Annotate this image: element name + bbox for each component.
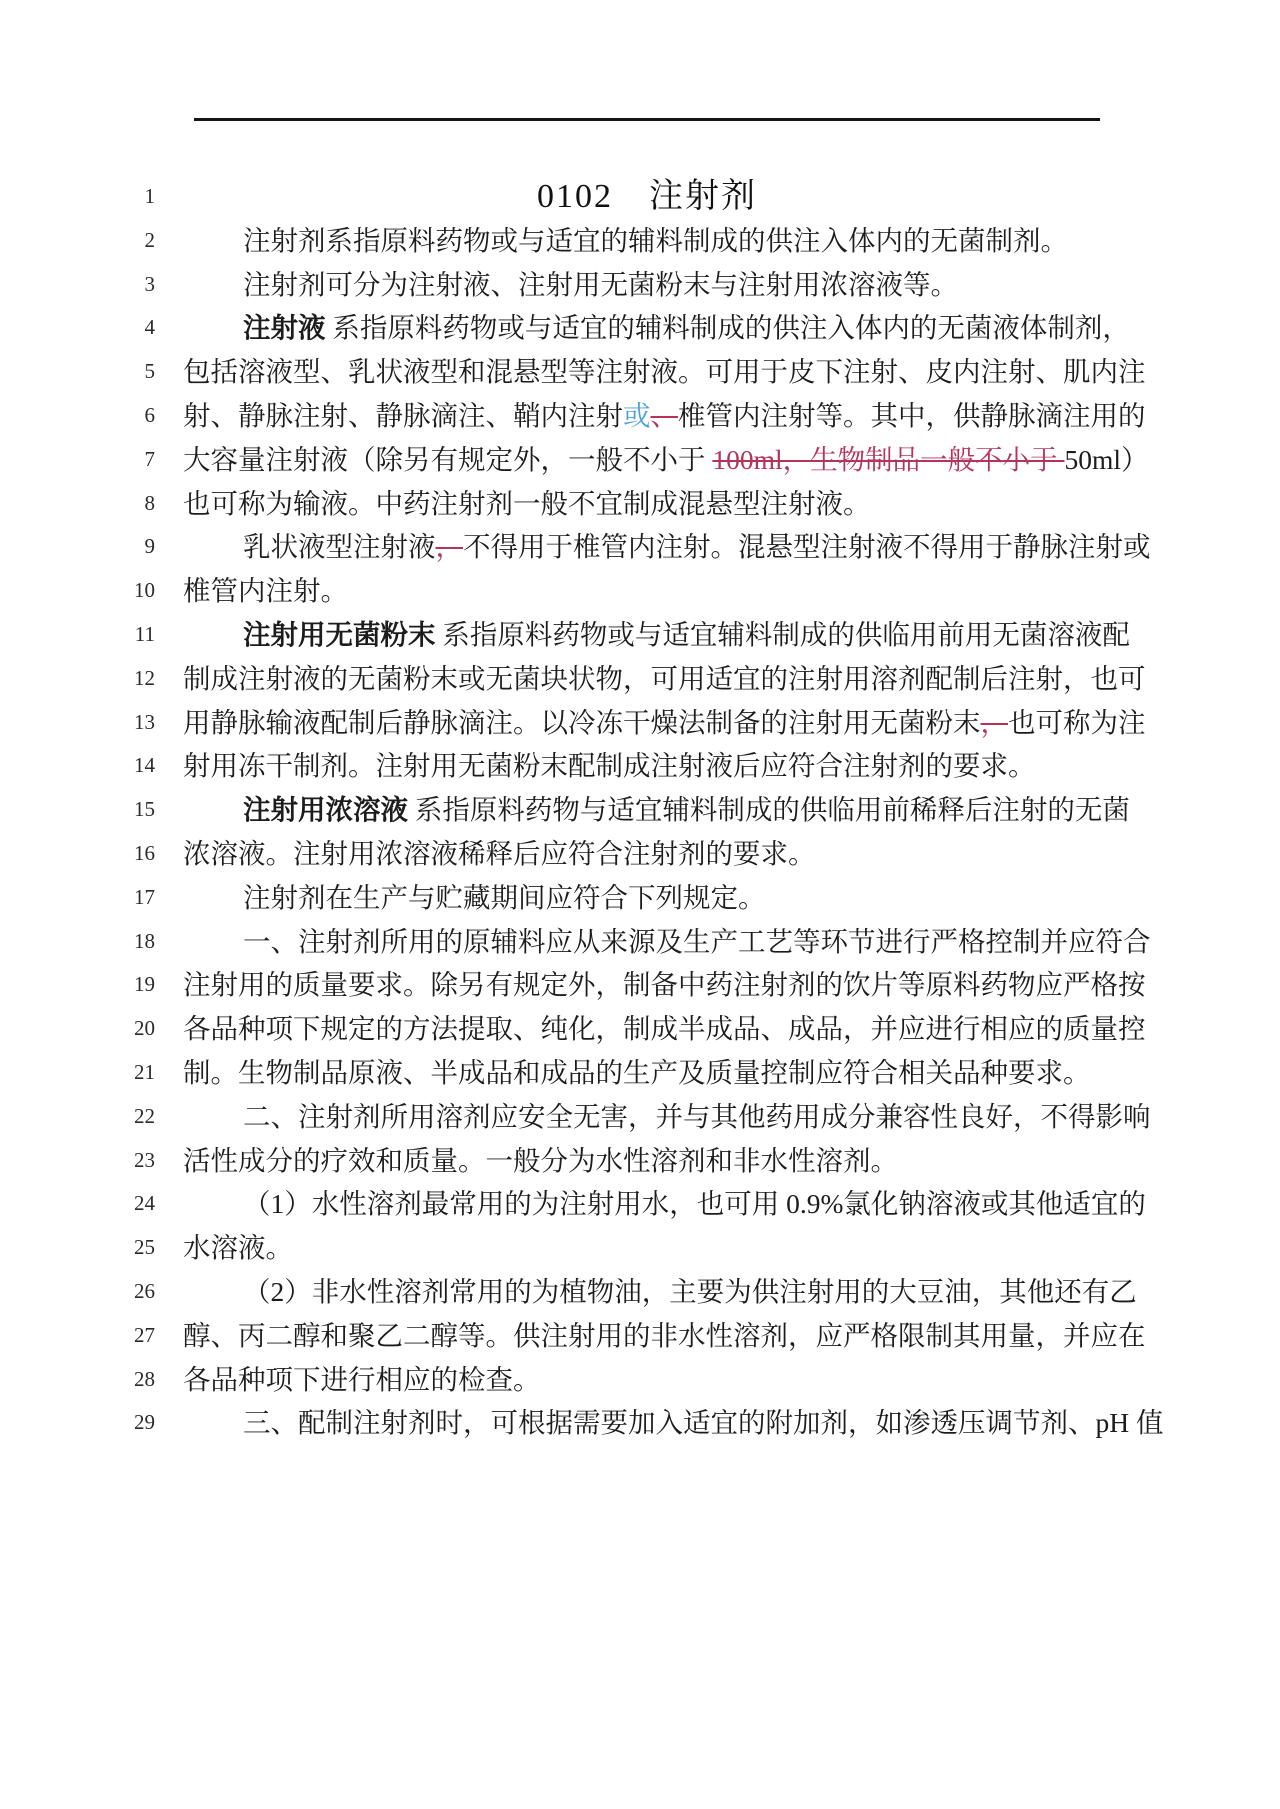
document-page: 10102 注射剂2注射剂系指原料药物或与适宜的辅料制成的供注入体内的无菌制剂。… <box>0 0 1280 1809</box>
line-number: 10 <box>0 569 155 613</box>
line-text: 注射用的质量要求。除另有规定外，制备中药注射剂的饮片等原料药物应严格按 <box>183 963 1111 1007</box>
line-number: 23 <box>0 1139 155 1183</box>
document-line: 5包括溶液型、乳状液型和混悬型等注射液。可用于皮下注射、皮内注射、肌内注 <box>0 350 1280 394</box>
line-number: 9 <box>0 525 155 569</box>
document-line: 2注射剂系指原料药物或与适宜的辅料制成的供注入体内的无菌制剂。 <box>0 219 1280 263</box>
text-run: 大容量注射液（除另有规定外，一般不小于 <box>183 444 712 475</box>
line-text: 制。生物制品原液、半成品和成品的生产及质量控制应符合相关品种要求。 <box>183 1051 1111 1095</box>
text-run: 射、静脉注射、静脉滴注、鞘内注射 <box>183 400 623 431</box>
deleted-text: ， <box>436 531 464 562</box>
line-number: 7 <box>0 438 155 482</box>
line-text: 注射剂在生产与贮藏期间应符合下列规定。 <box>183 876 1111 920</box>
document-line: 20各品种项下规定的方法提取、纯化，制成半成品、成品，并应进行相应的质量控 <box>0 1007 1280 1051</box>
line-text: 活性成分的疗效和质量。一般分为水性溶剂和非水性溶剂。 <box>183 1139 1111 1183</box>
text-run: 包括溶液型、乳状液型和混悬型等注射液。可用于皮下注射、皮内注射、肌内注 <box>183 356 1146 387</box>
line-text: 各品种项下规定的方法提取、纯化，制成半成品、成品，并应进行相应的质量控 <box>183 1007 1111 1051</box>
bold-term: 注射用浓溶液 <box>243 794 408 825</box>
text-run: 活性成分的疗效和质量。一般分为水性溶剂和非水性溶剂。 <box>183 1145 898 1176</box>
document-line: 9乳状液型注射液，不得用于椎管内注射。混悬型注射液不得用于静脉注射或 <box>0 525 1280 569</box>
line-number: 12 <box>0 657 155 701</box>
document-line: 6射、静脉注射、静脉滴注、鞘内注射或、椎管内注射等。其中，供静脉滴注用的 <box>0 394 1280 438</box>
text-run: 注射剂在生产与贮藏期间应符合下列规定。 <box>243 882 766 913</box>
text-run: （2）非水性溶剂常用的为植物油，主要为供注射用的大豆油，其他还有乙 <box>243 1276 1137 1307</box>
text-run: 椎管内注射。 <box>183 575 348 606</box>
document-line: 21制。生物制品原液、半成品和成品的生产及质量控制应符合相关品种要求。 <box>0 1051 1280 1095</box>
text-run: 系指原料药物或与适宜辅料制成的供临用前用无菌溶液配 <box>436 619 1130 650</box>
text-run: 制成注射液的无菌粉末或无菌块状物，可用适宜的注射用溶剂配制后注射，也可 <box>183 663 1146 694</box>
document-line: 23活性成分的疗效和质量。一般分为水性溶剂和非水性溶剂。 <box>0 1139 1280 1183</box>
line-number: 3 <box>0 263 155 307</box>
document-line: 19注射用的质量要求。除另有规定外，制备中药注射剂的饮片等原料药物应严格按 <box>0 963 1280 1007</box>
document-body: 10102 注射剂2注射剂系指原料药物或与适宜的辅料制成的供注入体内的无菌制剂。… <box>0 175 1280 1445</box>
document-line: 10椎管内注射。 <box>0 569 1280 613</box>
line-text: 大容量注射液（除另有规定外，一般不小于 100ml，生物制品一般不小于 50ml… <box>183 438 1111 482</box>
text-run: 注射剂系指原料药物或与适宜的辅料制成的供注入体内的无菌制剂。 <box>243 225 1068 256</box>
inserted-text: 或 <box>623 400 651 431</box>
line-number: 4 <box>0 306 155 350</box>
document-line: 11注射用无菌粉末 系指原料药物或与适宜辅料制成的供临用前用无菌溶液配 <box>0 613 1280 657</box>
document-line: 27醇、丙二醇和聚乙二醇等。供注射用的非水性溶剂，应严格限制其用量，并应在 <box>0 1314 1280 1358</box>
line-text: 二、注射剂所用溶剂应安全无害，并与其他药用成分兼容性良好，不得影响 <box>183 1095 1111 1139</box>
document-line: 15注射用浓溶液 系指原料药物与适宜辅料制成的供临用前稀释后注射的无菌 <box>0 788 1280 832</box>
text-run: 醇、丙二醇和聚乙二醇等。供注射用的非水性溶剂，应严格限制其用量，并应在 <box>183 1320 1146 1351</box>
line-text: 射、静脉注射、静脉滴注、鞘内注射或、椎管内注射等。其中，供静脉滴注用的 <box>183 394 1111 438</box>
document-line: 4注射液 系指原料药物或与适宜的辅料制成的供注入体内的无菌液体制剂， <box>0 306 1280 350</box>
line-number: 13 <box>0 701 155 745</box>
document-line: 28各品种项下进行相应的检查。 <box>0 1358 1280 1402</box>
line-number: 19 <box>0 963 155 1007</box>
line-text: 射用冻干制剂。注射用无菌粉末配制成注射液后应符合注射剂的要求。 <box>183 744 1111 788</box>
text-run: （1）水性溶剂最常用的为注射用水，也可用 0.9%氯化钠溶液或其他适宜的 <box>243 1188 1146 1219</box>
text-run: 二、注射剂所用溶剂应安全无害，并与其他药用成分兼容性良好，不得影响 <box>243 1101 1151 1132</box>
text-run: 系指原料药物或与适宜的辅料制成的供注入体内的无菌液体制剂， <box>326 312 1130 343</box>
line-text: 注射剂可分为注射液、注射用无菌粉末与注射用浓溶液等。 <box>183 263 1111 307</box>
text-run: 各品种项下进行相应的检查。 <box>183 1364 541 1395</box>
line-text: 浓溶液。注射用浓溶液稀释后应符合注射剂的要求。 <box>183 832 1111 876</box>
document-line: 26（2）非水性溶剂常用的为植物油，主要为供注射用的大豆油，其他还有乙 <box>0 1270 1280 1314</box>
line-text: 椎管内注射。 <box>183 569 1111 613</box>
line-number: 24 <box>0 1182 155 1226</box>
document-line: 7大容量注射液（除另有规定外，一般不小于 100ml，生物制品一般不小于 50m… <box>0 438 1280 482</box>
line-number: 26 <box>0 1270 155 1314</box>
line-text: 乳状液型注射液，不得用于椎管内注射。混悬型注射液不得用于静脉注射或 <box>183 525 1111 569</box>
page-title: 0102 注射剂 <box>183 175 1111 219</box>
document-line: 22二、注射剂所用溶剂应安全无害，并与其他药用成分兼容性良好，不得影响 <box>0 1095 1280 1139</box>
line-text: 注射用无菌粉末 系指原料药物或与适宜辅料制成的供临用前用无菌溶液配 <box>183 613 1111 657</box>
text-run: 各品种项下规定的方法提取、纯化，制成半成品、成品，并应进行相应的质量控 <box>183 1013 1146 1044</box>
document-line: 8也可称为输液。中药注射剂一般不宜制成混悬型注射液。 <box>0 482 1280 526</box>
text-run: 乳状液型注射液 <box>243 531 436 562</box>
line-number: 16 <box>0 832 155 876</box>
line-number: 28 <box>0 1358 155 1402</box>
document-line: 17注射剂在生产与贮藏期间应符合下列规定。 <box>0 876 1280 920</box>
line-number: 11 <box>0 613 155 657</box>
text-run: 也可称为注 <box>1008 707 1146 738</box>
text-run: 水溶液。 <box>183 1232 293 1263</box>
line-number: 14 <box>0 744 155 788</box>
text-run: 注射剂可分为注射液、注射用无菌粉末与注射用浓溶液等。 <box>243 269 958 300</box>
line-number: 18 <box>0 920 155 964</box>
header-rule <box>194 118 1100 121</box>
text-run: 射用冻干制剂。注射用无菌粉末配制成注射液后应符合注射剂的要求。 <box>183 750 1036 781</box>
deleted-text: 、 <box>651 400 679 431</box>
line-text: 也可称为输液。中药注射剂一般不宜制成混悬型注射液。 <box>183 482 1111 526</box>
line-text: 制成注射液的无菌粉末或无菌块状物，可用适宜的注射用溶剂配制后注射，也可 <box>183 657 1111 701</box>
text-run: 系指原料药物与适宜辅料制成的供临用前稀释后注射的无菌 <box>408 794 1130 825</box>
line-number: 8 <box>0 482 155 526</box>
text-run: 浓溶液。注射用浓溶液稀释后应符合注射剂的要求。 <box>183 838 816 869</box>
line-text: 注射液 系指原料药物或与适宜的辅料制成的供注入体内的无菌液体制剂， <box>183 306 1111 350</box>
document-line: 10102 注射剂 <box>0 175 1280 219</box>
line-number: 27 <box>0 1314 155 1358</box>
text-run: 注射用的质量要求。除另有规定外，制备中药注射剂的饮片等原料药物应严格按 <box>183 969 1146 1000</box>
line-text: 一、注射剂所用的原辅料应从来源及生产工艺等环节进行严格控制并应符合 <box>183 920 1111 964</box>
text-run: 制。生物制品原液、半成品和成品的生产及质量控制应符合相关品种要求。 <box>183 1057 1091 1088</box>
text-run: 一、注射剂所用的原辅料应从来源及生产工艺等环节进行严格控制并应符合 <box>243 926 1151 957</box>
line-number: 1 <box>0 175 155 219</box>
line-text: 注射用浓溶液 系指原料药物与适宜辅料制成的供临用前稀释后注射的无菌 <box>183 788 1111 832</box>
line-number: 21 <box>0 1051 155 1095</box>
document-line: 13用静脉输液配制后静脉滴注。以冷冻干燥法制备的注射用无菌粉末，也可称为注 <box>0 701 1280 745</box>
line-number: 6 <box>0 394 155 438</box>
line-text: （2）非水性溶剂常用的为植物油，主要为供注射用的大豆油，其他还有乙 <box>183 1270 1111 1314</box>
document-line: 12制成注射液的无菌粉末或无菌块状物，可用适宜的注射用溶剂配制后注射，也可 <box>0 657 1280 701</box>
text-run: 椎管内注射等。其中，供静脉滴注用的 <box>678 400 1146 431</box>
line-text: 用静脉输液配制后静脉滴注。以冷冻干燥法制备的注射用无菌粉末，也可称为注 <box>183 701 1111 745</box>
line-number: 15 <box>0 788 155 832</box>
document-line: 29三、配制注射剂时，可根据需要加入适宜的附加剂，如渗透压调节剂、pH 值 <box>0 1401 1280 1445</box>
line-number: 22 <box>0 1095 155 1139</box>
bold-term: 注射用无菌粉末 <box>243 619 436 650</box>
text-run: 50ml） <box>1065 444 1149 475</box>
document-line: 3注射剂可分为注射液、注射用无菌粉末与注射用浓溶液等。 <box>0 263 1280 307</box>
line-text: 三、配制注射剂时，可根据需要加入适宜的附加剂，如渗透压调节剂、pH 值 <box>183 1401 1111 1445</box>
text-run: 三、配制注射剂时，可根据需要加入适宜的附加剂，如渗透压调节剂、pH 值 <box>243 1407 1163 1438</box>
document-line: 16浓溶液。注射用浓溶液稀释后应符合注射剂的要求。 <box>0 832 1280 876</box>
document-line: 14射用冻干制剂。注射用无菌粉末配制成注射液后应符合注射剂的要求。 <box>0 744 1280 788</box>
line-number: 29 <box>0 1401 155 1445</box>
document-line: 25水溶液。 <box>0 1226 1280 1270</box>
line-number: 2 <box>0 219 155 263</box>
text-run: 0102 注射剂 <box>537 178 757 215</box>
line-text: 水溶液。 <box>183 1226 1111 1270</box>
line-number: 17 <box>0 876 155 920</box>
deleted-text: 100ml，生物制品一般不小于 <box>712 444 1064 475</box>
document-line: 18一、注射剂所用的原辅料应从来源及生产工艺等环节进行严格控制并应符合 <box>0 920 1280 964</box>
deleted-text: ， <box>981 707 1009 738</box>
bold-term: 注射液 <box>243 312 326 343</box>
line-number: 5 <box>0 350 155 394</box>
line-text: 醇、丙二醇和聚乙二醇等。供注射用的非水性溶剂，应严格限制其用量，并应在 <box>183 1314 1111 1358</box>
document-line: 24（1）水性溶剂最常用的为注射用水，也可用 0.9%氯化钠溶液或其他适宜的 <box>0 1182 1280 1226</box>
line-text: 各品种项下进行相应的检查。 <box>183 1358 1111 1402</box>
line-number: 20 <box>0 1007 155 1051</box>
line-text: 包括溶液型、乳状液型和混悬型等注射液。可用于皮下注射、皮内注射、肌内注 <box>183 350 1111 394</box>
text-run: 不得用于椎管内注射。混悬型注射液不得用于静脉注射或 <box>463 531 1151 562</box>
text-run: 也可称为输液。中药注射剂一般不宜制成混悬型注射液。 <box>183 488 871 519</box>
text-run: 用静脉输液配制后静脉滴注。以冷冻干燥法制备的注射用无菌粉末 <box>183 707 981 738</box>
line-text: （1）水性溶剂最常用的为注射用水，也可用 0.9%氯化钠溶液或其他适宜的 <box>183 1182 1111 1226</box>
line-text: 注射剂系指原料药物或与适宜的辅料制成的供注入体内的无菌制剂。 <box>183 219 1111 263</box>
line-number: 25 <box>0 1226 155 1270</box>
